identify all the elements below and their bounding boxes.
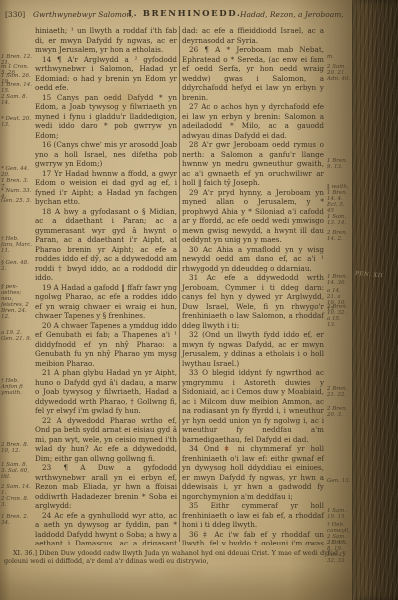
book-title: I. BRENHINOEDD. <box>128 9 241 19</box>
margin-note: 1 Bren. 14. 30. <box>327 274 351 286</box>
right-text-column: dad: ac efe a ffieiddiodd Israel, ac a d… <box>180 26 326 545</box>
margin-note: † Heb. fara, Marc. 11. <box>1 236 33 254</box>
verse-paragraph: 20 A chwaer Tapenes a ymddug iddo ef Gen… <box>35 321 177 369</box>
margin-note: 2 Bren. 20. 3. <box>327 406 351 418</box>
margin-note: § pen-aethes; neu, feistres, 2 Bren. 24.… <box>1 284 33 320</box>
margin-note: * Deut. 20. 13. <box>1 116 33 128</box>
verse-paragraph: 35 Eithr cymmeraf yr holl frenhiniaeth o… <box>182 501 324 530</box>
verse-paragraph: 26 ¶ A * Jeroboam mab Nebat, Ephratead o… <box>182 45 324 102</box>
margin-note: m. <box>327 54 351 60</box>
commentary-footnote: XI. 36.] Diben Duw ydoedd cadw llwyth Ju… <box>4 549 346 565</box>
margin-note: 1 Sam. 8. 3. Sal. 60, titl. <box>1 462 33 480</box>
verse-paragraph: 30 Ac Ahia a ymaflodd yn y wisg newydd o… <box>182 245 324 274</box>
margin-note: 2 Bren. 21. 22. <box>327 386 351 398</box>
verse-paragraph: 33 O blegid iddynt fy ngwrthod ac ymgrym… <box>182 368 324 444</box>
verse-paragraph: 17 Yr Hadad hwnnw a ffodd, a gwyr Edom o… <box>35 169 177 207</box>
margin-note: 2 Bren. 8. 10, 12. <box>1 442 33 454</box>
margin-note: Gen. 13. <box>327 478 351 484</box>
page-surface: [330] Gwrthwynebwyr Salomon, I. BRENHINO… <box>0 0 352 600</box>
verse-paragraph: 24 Ac efe a gynhullodd wyr atto, ac a ae… <box>35 511 177 546</box>
next-page-fragment: PEN. XII <box>354 271 383 279</box>
margin-note: a 15. 13. <box>327 316 351 328</box>
verse-paragraph: 34 Ond ‡ ni chymmeraf yr holl frenhiniae… <box>182 444 324 501</box>
text-body: 1 Bren. 12. 21.m 1 Cron. 5. 261 Sam. 26.… <box>0 26 352 545</box>
verse-paragraph: 23 ¶ A Duw a gyfododd wrthwynebwr arall … <box>35 463 177 511</box>
verse-paragraph: 15 Canys pan oedd Dafydd * yn Edom, a Jo… <box>35 93 177 141</box>
margin-note: 2 Sam. 8. 14. <box>1 94 33 106</box>
verse-paragraph: 32 (Ond un llwyth fydd iddo ef, er mwyn … <box>182 330 324 368</box>
verse-paragraph: hiniaeth; ¹ un llwyth a roddaf i'th fab … <box>35 26 177 55</box>
margin-note: 1 Bren. 2. 34. <box>1 514 33 526</box>
margin-note: 2 Sam. 14. 1. <box>1 484 33 496</box>
left-text-column: hiniaeth; ¹ un llwyth a roddaf i'th fab … <box>33 26 179 545</box>
running-title-left: Gwrthwynebwyr Salomon, <box>33 10 134 19</box>
margin-note: 2 Bren. 10. 32. <box>327 304 351 316</box>
margin-note: § Gen. 48. 2. <box>1 260 33 272</box>
margin-note: 1 Bren. 14. 15. <box>1 82 33 94</box>
margin-note: * Gen. 44. 20. <box>1 166 33 178</box>
verse-paragraph: 29 A'r pryd hynny, a Jeroboam yn myned a… <box>182 188 324 245</box>
margin-note: † Heb. Anfon fi ymaith. <box>1 378 33 396</box>
verse-paragraph: 14 ¶ A'r Arglwydd a ² gyfododd wrthwyneb… <box>35 55 177 93</box>
margin-note: 1 Sam. 19. 15. <box>327 508 351 520</box>
verse-paragraph: 18 A hwy a gyfodasant o § Midian, ac a d… <box>35 207 177 283</box>
margin-note: Gen. 25. 3. <box>1 198 33 204</box>
margin-note: 2 Sam. 20. 21. Adn. 40. <box>327 64 351 82</box>
book-fore-edge: PEN. XII <box>352 0 398 600</box>
left-margin-notes: 1 Bren. 12. 21.m 1 Cron. 5. 261 Sam. 26.… <box>0 26 33 545</box>
verse-paragraph: 21 A phan glybu Hadad yn yr Aipht, huno … <box>35 368 177 416</box>
verse-paragraph: dad: ac efe a ffieiddiodd Israel, ac a d… <box>182 26 324 45</box>
verse-paragraph: 36 ‡ Ac i'w fab ef y rhoddaf un llwyth, … <box>182 530 324 546</box>
verse-paragraph: 19 A Hadad a gafodd ‖ ffafr fawr yng ngo… <box>35 283 177 321</box>
verse-paragraph: 16 (Canys chwe' mis yr arosodd Joab yno … <box>35 140 177 169</box>
margin-note: 1 Bren. 9. 13. <box>327 158 351 170</box>
margin-note: 2 Cron. 8. 3. <box>1 496 33 508</box>
margin-note: a 19. 2. Gen. 21. 9. <box>1 330 33 342</box>
book-page-photo: [330] Gwrthwynebwyr Salomon, I. BRENHINO… <box>0 0 398 600</box>
margin-note: 2 Bren. 14. 2. <box>327 230 351 242</box>
page-header: [330] Gwrthwynebwyr Salomon, I. BRENHINO… <box>0 9 352 24</box>
margin-note: ‖ waith, 1 Bren. 14. 4. Ecl. 5. 45 <box>327 184 351 214</box>
margin-note: 1 Sam. 13. 14. <box>327 214 351 226</box>
page-number: [330] <box>5 10 25 19</box>
verse-paragraph: 22 A dywedodd Pharao wrtho ef, Ond pa be… <box>35 416 177 464</box>
right-margin-notes: m.2 Sam. 20. 21. Adn. 40.1 Bren. 9. 13.‖… <box>326 26 351 545</box>
running-title-right: Hadad, Rezon, a Jeroboam, <box>240 10 344 19</box>
verse-paragraph: 28 A'r gwr Jeroboam oedd rymus o nerth: … <box>182 140 324 188</box>
verse-paragraph: 31 Ac efe a ddywedodd wrth Jeroboam, Cym… <box>182 273 324 330</box>
verse-paragraph: 27 Ac o achos hyn y dyrchafodd efe ei la… <box>182 102 324 140</box>
